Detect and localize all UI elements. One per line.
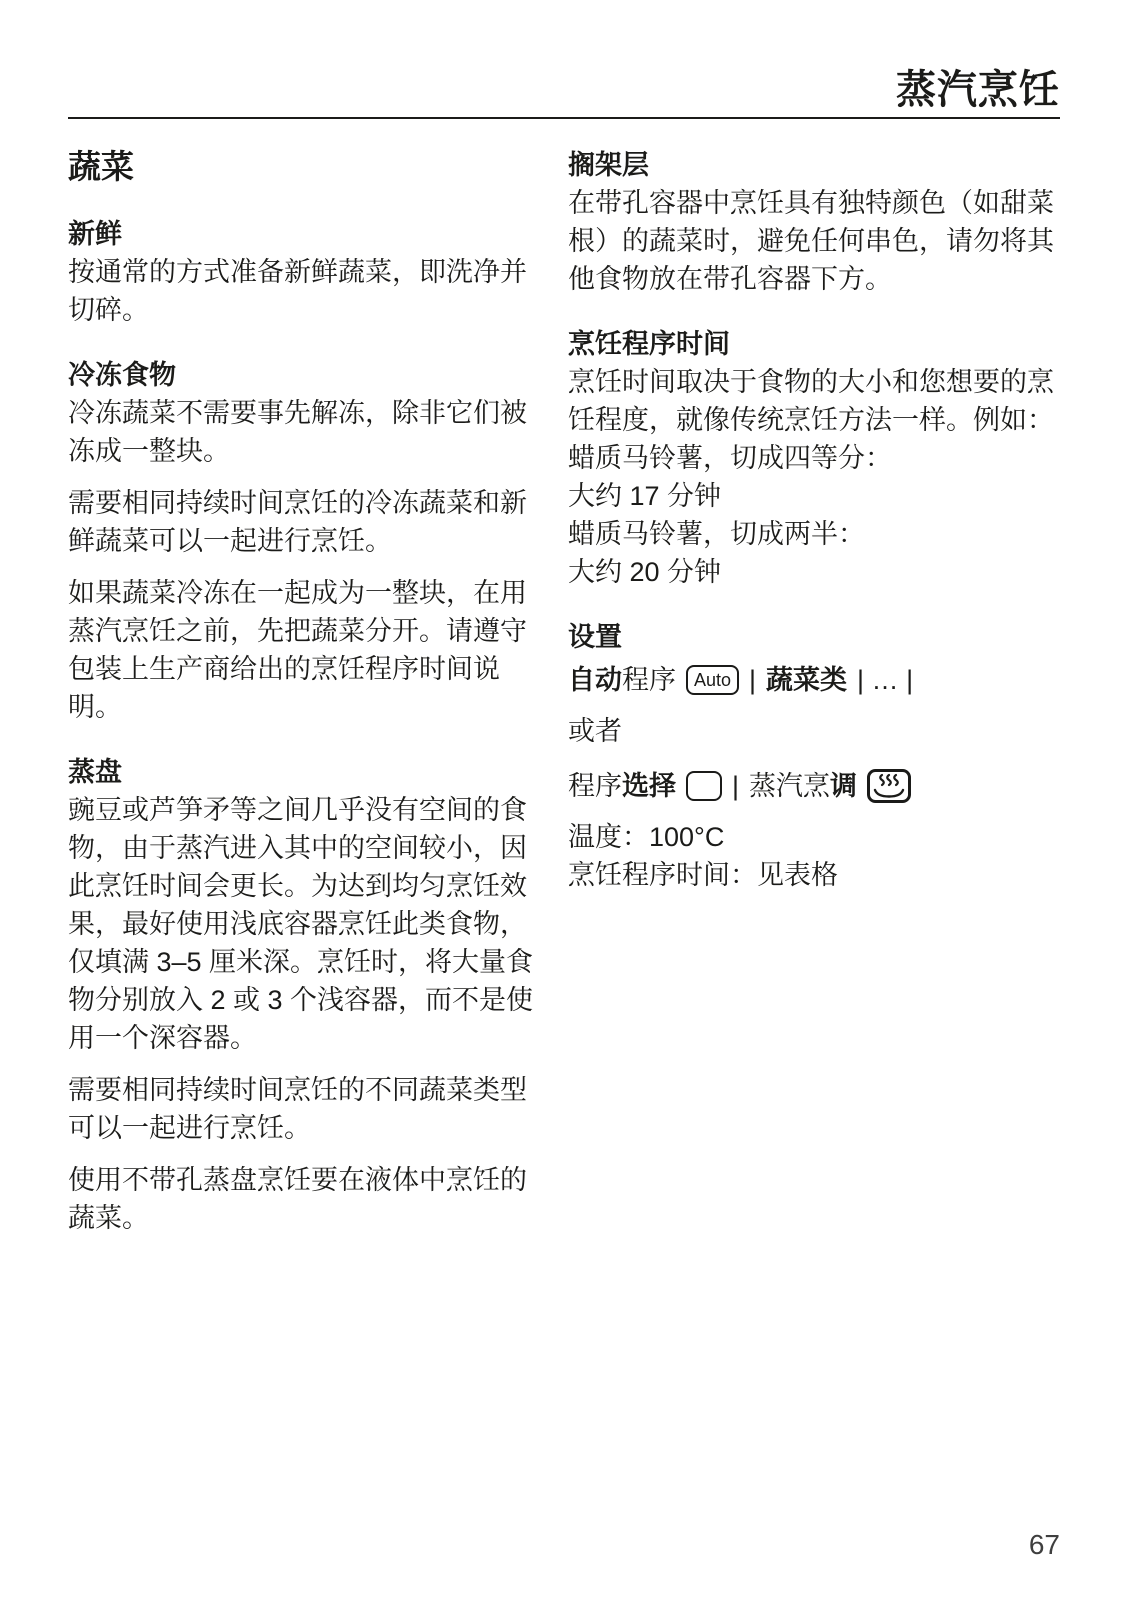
duration-ref-line: 烹饪程序时间：见表格 [568, 856, 1060, 894]
program-selector-icon [686, 771, 722, 801]
auto-program-label: 自动程序 [568, 658, 676, 702]
settings-program-select-line: 程序选择 | 蒸汽烹调 [568, 764, 1060, 808]
heading-cooking-duration: 烹饪程序时间 [568, 325, 1060, 363]
cooking-duration-lines: 烹饪时间取决于食物的大小和您想要的烹饪程度，就像传统烹饪方法一样。例如： 蜡质马… [568, 363, 1060, 591]
paragraph: 冷冻蔬菜不需要事先解冻，除非它们被冻成一整块。 [68, 394, 540, 470]
separator-bar: | [732, 764, 739, 808]
example-line: 大约 17 分钟 [568, 477, 1060, 515]
section-title-vegetables: 蔬菜 [68, 146, 540, 188]
steam-cooking-icon [867, 769, 911, 803]
paragraph: 豌豆或芦笋矛等之间几乎没有空间的食物，由于蒸汽进入其中的空间较小，因此烹饪时间会… [68, 791, 540, 1057]
menu-trail: | … | [857, 658, 913, 702]
paragraph: 需要相同持续时间烹饪的不同蔬菜类型可以一起进行烹饪。 [68, 1071, 540, 1147]
paragraph: 需要相同持续时间烹饪的冷冻蔬菜和新鲜蔬菜可以一起进行烹饪。 [68, 484, 540, 560]
manual-page: 蒸汽烹饪 蔬菜 新鲜 按通常的方式准备新鲜蔬菜，即洗净并切碎。 冷冻食物 冷冻蔬… [0, 0, 1128, 1600]
content-columns: 蔬菜 新鲜 按通常的方式准备新鲜蔬菜，即洗净并切碎。 冷冻食物 冷冻蔬菜不需要事… [68, 146, 1060, 1251]
example-line: 蜡质马铃薯，切成四等分： [568, 439, 1060, 477]
heading-shelf-level: 搁架层 [568, 146, 1060, 184]
heading-frozen-food: 冷冻食物 [68, 356, 540, 394]
paragraph: 如果蔬菜冷冻在一起成为一整块，在用蒸汽烹饪之前，先把蔬菜分开。请遵守包装上生产商… [68, 574, 540, 726]
program-select-label: 程序选择 [568, 764, 676, 808]
paragraph: 使用不带孔蒸盘烹饪要在液体中烹饪的蔬菜。 [68, 1161, 540, 1237]
separator-bar: | [749, 658, 756, 702]
page-header-title: 蒸汽烹饪 [68, 58, 1060, 115]
duration-intro-line: 烹饪时间取决于食物的大小和您想要的烹饪程度，就像传统烹饪方法一样。例如： [568, 363, 1060, 439]
header-rule [68, 117, 1060, 119]
heading-steam-tray: 蒸盘 [68, 753, 540, 791]
paragraph: 在带孔容器中烹饪具有独特颜色（如甜菜根）的蔬菜时，避免任何串色，请勿将其他食物放… [568, 184, 1060, 298]
column-left: 蔬菜 新鲜 按通常的方式准备新鲜蔬菜，即洗净并切碎。 冷冻食物 冷冻蔬菜不需要事… [68, 146, 540, 1251]
page-number: 67 [68, 1528, 1060, 1562]
heading-fresh: 新鲜 [68, 215, 540, 253]
example-line: 蜡质马铃薯，切成两半： [568, 515, 1060, 553]
column-right: 搁架层 在带孔容器中烹饪具有独特颜色（如甜菜根）的蔬菜时，避免任何串色，请勿将其… [568, 146, 1060, 894]
auto-program-icon: Auto [686, 665, 739, 695]
paragraph: 按通常的方式准备新鲜蔬菜，即洗净并切碎。 [68, 253, 540, 329]
settings-auto-program-line: 自动程序 Auto | 蔬菜类 | … | [568, 658, 1060, 702]
or-text: 或者 [568, 712, 1060, 750]
example-line: 大约 20 分钟 [568, 553, 1060, 591]
menu-value-vegetables: 蔬菜类 [766, 658, 847, 702]
temperature-line: 温度：100°C [568, 818, 1060, 856]
heading-settings: 设置 [568, 618, 1060, 656]
steam-cooking-label: 蒸汽烹调 [749, 764, 857, 808]
